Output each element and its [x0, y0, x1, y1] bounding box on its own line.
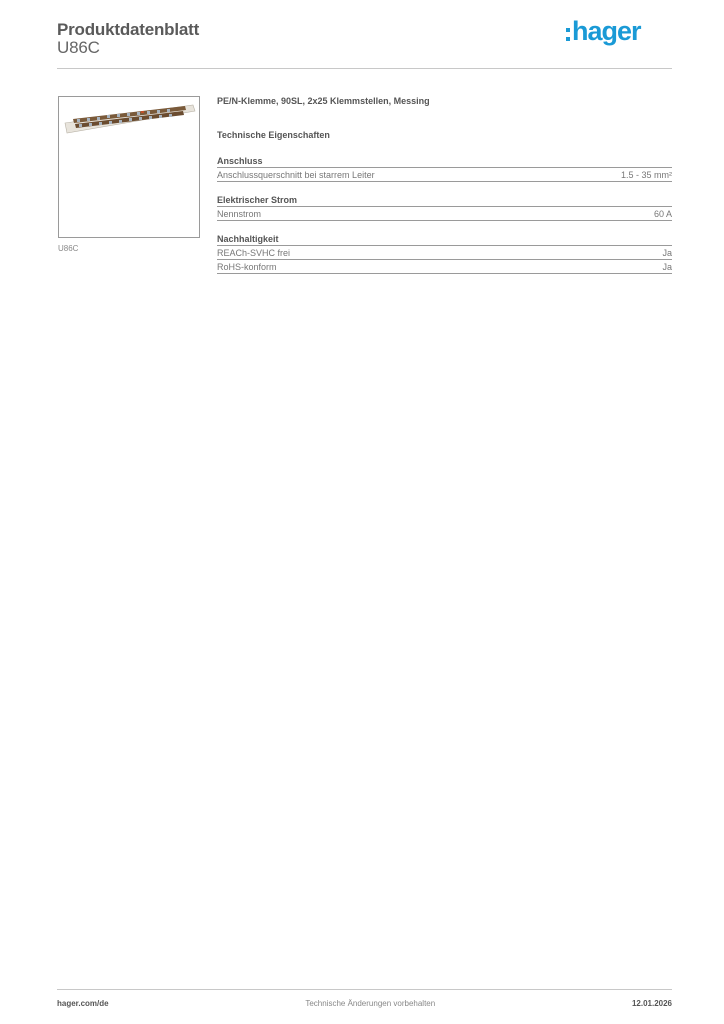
image-caption: U86C — [58, 244, 78, 253]
property-label: RoHS-konform — [217, 260, 277, 273]
property-group-nachhaltigkeit: Nachhaltigkeit REACh-SVHC frei Ja RoHS-k… — [217, 233, 672, 274]
footer-website-link[interactable]: hager.com/de — [57, 999, 109, 1008]
group-title: Anschluss — [217, 155, 672, 168]
footer-divider — [57, 989, 672, 990]
section-heading: Technische Eigenschaften — [217, 130, 672, 143]
property-label: Nennstrom — [217, 207, 261, 220]
property-row: REACh-SVHC frei Ja — [217, 246, 672, 260]
group-title: Nachhaltigkeit — [217, 233, 672, 246]
property-value: Ja — [662, 260, 672, 273]
header-divider — [57, 68, 672, 69]
product-description: PE/N-Klemme, 90SL, 2x25 Klemmstellen, Me… — [217, 96, 672, 109]
product-image — [58, 96, 200, 238]
property-value: Ja — [662, 246, 672, 259]
property-row: Anschlussquerschnitt bei starrem Leiter … — [217, 168, 672, 182]
document-title: Produktdatenblatt — [57, 20, 199, 40]
group-title: Elektrischer Strom — [217, 194, 672, 207]
property-label: Anschlussquerschnitt bei starrem Leiter — [217, 168, 375, 181]
terminal-bar-icon — [63, 103, 197, 137]
property-group-anschluss: Anschluss Anschlussquerschnitt bei starr… — [217, 155, 672, 182]
product-code: U86C — [57, 38, 100, 58]
footer-notice: Technische Änderungen vorbehalten — [305, 999, 435, 1008]
property-group-elektrischer-strom: Elektrischer Strom Nennstrom 60 A — [217, 194, 672, 221]
footer-date: 12.01.2026 — [632, 999, 672, 1008]
property-row: Nennstrom 60 A — [217, 207, 672, 221]
logo-text: hager — [572, 16, 641, 47]
property-label: REACh-SVHC frei — [217, 246, 290, 259]
property-row: RoHS-konform Ja — [217, 260, 672, 274]
hager-logo: hager — [566, 16, 641, 47]
property-value: 1.5 - 35 mm² — [621, 168, 672, 181]
property-value: 60 A — [654, 207, 672, 220]
product-details: PE/N-Klemme, 90SL, 2x25 Klemmstellen, Me… — [217, 96, 672, 274]
footer: hager.com/de Technische Änderungen vorbe… — [57, 999, 672, 1008]
logo-dots-icon — [566, 28, 570, 41]
